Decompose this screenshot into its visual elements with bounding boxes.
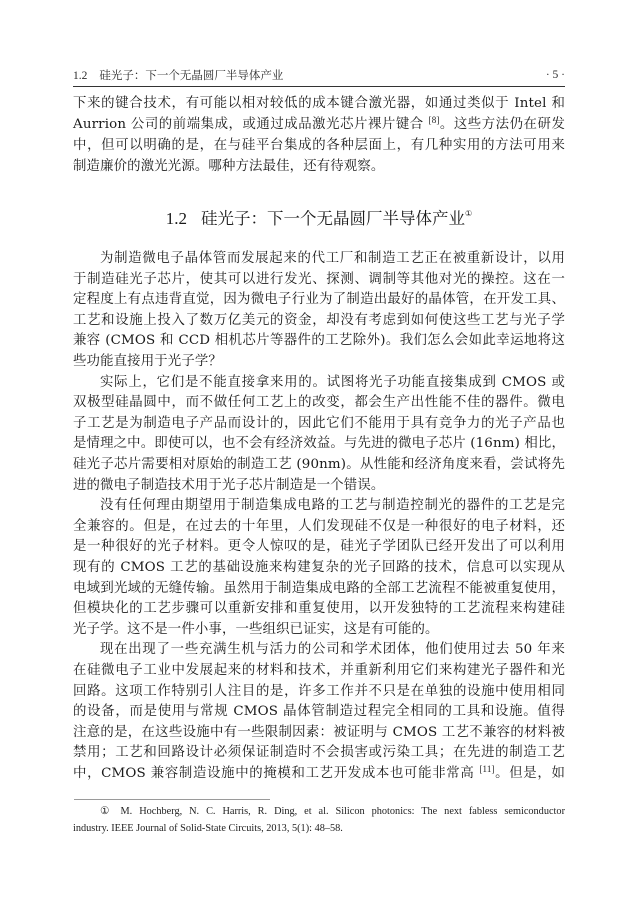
footnote-line: ① M. Hochberg, N. C. Harris, R. Ding, et…: [73, 804, 565, 820]
text-line: 在硅微电子工业中发展起来的材料和技术，并重新利用它们来构建光子器件和光: [73, 661, 565, 681]
text-line: 注意的是，在这些设施中有一些限制因素：被证明与 CMOS 工艺不兼容的材料被: [73, 723, 565, 743]
citation-link[interactable]: [8]: [429, 115, 440, 125]
text-line: 现有的 CMOS 工艺的基础设施来构建复杂的光子回路的技术，信息可以实现从: [73, 558, 565, 578]
text-line: 双极型硅晶圆中，而不做任何工艺上的改变，都会生产出性能不佳的器件。微电: [73, 393, 565, 413]
text-segment: Aurrion 公司的前端集成，或通过成品激光芯片裸片键合: [73, 117, 424, 132]
page-number: · 5 ·: [546, 66, 565, 84]
text-line: 的设备，而是使用与常规 CMOS 晶体管制造过程完全相同的工具和设施。值得: [73, 702, 565, 722]
text-line: 但模块化的工艺步骤可以重新安排和重复使用，以开发独特的工艺流程来构建硅: [73, 599, 565, 619]
text-line: 是情理之中。即使可以，也不会有经济效益。与先进的微电子芯片 (16nm) 相比，: [73, 434, 565, 454]
text-segment: 中，CMOS 兼容制造设施中的掩模和工艺开发成本也可能非常高: [73, 766, 474, 781]
text-line: 没有任何理由期望用于制造集成电路的工艺与制造控制光的器件的工艺是完: [73, 496, 565, 516]
document-page: 1.2硅光子：下一个无晶圆厂半导体产业 · 5 · 下来的键合技术，有可能以相对…: [0, 0, 638, 903]
section-heading: 1.2硅光子：下一个无晶圆厂半导体产业①: [73, 205, 565, 233]
text-line: 是一种很好的光子材料。更令人惊叹的是，硅光子学团队已经开发出了可以利用: [73, 537, 565, 557]
text-line: 电域到光域的无缝传输。虽然用于制造集成电路的全部工艺流程不能被重复使用，: [73, 579, 565, 599]
footnote-marker: ①: [100, 806, 114, 817]
running-header-section-number: 1.2: [73, 70, 87, 82]
text-line: 些功能直接用于光子学？: [73, 352, 565, 372]
text-line: 子工艺是为制造电子产品而设计的，因此它们不能用于具有竞争力的光子产品也: [73, 414, 565, 434]
section-title: 硅光子：下一个无晶圆厂半导体产业: [201, 209, 465, 228]
text-line: 于制造硅光子芯片，使其可以进行发光、探测、调制等其他对光的操控。这在一: [73, 270, 565, 290]
footnote-text: M. Hochberg, N. C. Harris, R. Ding, et a…: [121, 806, 565, 817]
footnote-marker-link[interactable]: ①: [465, 209, 472, 218]
text-line: 下来的键合技术，有可能以相对较低的成本键合激光器，如通过类似于 Intel 和: [73, 94, 565, 114]
citation-link[interactable]: [11]: [479, 764, 494, 774]
running-header-title: 1.2硅光子：下一个无晶圆厂半导体产业: [73, 66, 283, 85]
text-line: 中，CMOS 兼容制造设施中的掩模和工艺开发成本也可能非常高 [11]。但是，如: [73, 764, 565, 784]
footnote-rule: [74, 799, 270, 800]
text-segment: 。这些方法仍在研发: [440, 117, 566, 132]
text-line: 回路。这项工作特别引人注目的是，许多工作并不只是在单独的设施中使用相同: [73, 682, 565, 702]
header-rule: [73, 86, 565, 87]
text-line: 为制造微电子晶体管而发展起来的代工厂和制造工艺正在被重新设计，以用: [73, 249, 565, 269]
text-line: 全兼容的。但是，在过去的十年里，人们发现硅不仅是一种很好的电子材料，还: [73, 517, 565, 537]
section-number: 1.2: [166, 209, 187, 228]
running-header: 1.2硅光子：下一个无晶圆厂半导体产业 · 5 ·: [73, 66, 565, 84]
text-line: 实际上，它们是不能直接拿来用的。试图将光子功能直接集成到 CMOS 或: [73, 373, 565, 393]
running-header-section-title: 硅光子：下一个无晶圆厂半导体产业: [99, 68, 283, 82]
text-line: 硅光子芯片需要相对原始的制造工艺 (90nm)。从性能和经济角度来看，尝试将先: [73, 455, 565, 475]
text-segment: 。但是，如: [495, 766, 565, 781]
text-line: 制造廉价的激光光源。哪种方法最佳，还有待观察。: [73, 157, 565, 177]
footnote-line: industry. IEEE Journal of Solid-State Ci…: [73, 821, 565, 837]
text-line: 中，但可以明确的是，在与硅平台集成的各种层面上，有几种实用的方法可用来: [73, 136, 565, 156]
text-line: 禁用；工艺和回路设计必须保证制造时不会损害或污染工具；在先进的制造工艺: [73, 743, 565, 763]
text-line: 工艺和设施上投入了数万亿美元的资金，却没有考虑到如何使这些工艺与光子学: [73, 311, 565, 331]
text-line: 光子学。这不是一件小事，一些组织已证实，这是有可能的。: [73, 620, 565, 640]
text-line: 兼容 (CMOS 和 CCD 相机芯片等器件的工艺除外)。我们怎么会如此幸运地将…: [73, 331, 565, 351]
text-line: Aurrion 公司的前端集成，或通过成品激光芯片裸片键合 [8]。这些方法仍在…: [73, 115, 565, 135]
text-line: 现在出现了一些充满生机与活力的公司和学术团体，他们使用过去 50 年来: [73, 640, 565, 660]
text-line: 定程度上有点违背直觉，因为微电子行业为了制造出最好的晶体管，在开发工具、: [73, 290, 565, 310]
text-line: 进的微电子制造技术用于光子芯片制造是一个错误。: [73, 476, 565, 496]
